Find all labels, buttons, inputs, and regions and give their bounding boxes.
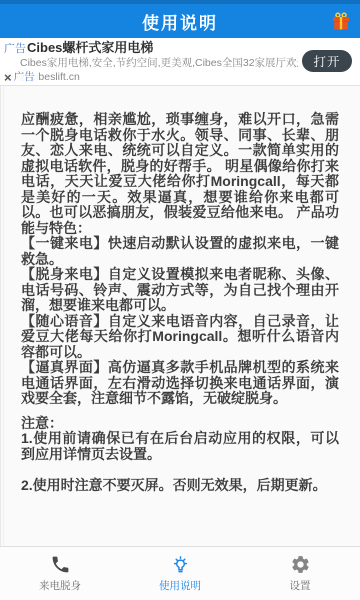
feature-realistic-ui: 【逼真界面】高仿逼真多款手机品牌机型的系统来电通话界面，左右滑动选择切换来电通话… [21, 360, 339, 407]
close-icon[interactable]: × [4, 71, 12, 84]
instructions-content[interactable]: 应酬疲惫，相亲尴尬，琐事缠身，难以开口，急需一个脱身电话救你于水火。领导、同事、… [0, 86, 360, 546]
app-screen: 使用说明 广告 Cibes螺杆式家用电梯 Cibes家用电梯,安全,节约空间,更… [0, 0, 360, 600]
tab-instructions[interactable]: 使用说明 [120, 547, 240, 600]
tab-label: 来电脱身 [39, 578, 81, 593]
page-title: 使用说明 [142, 9, 218, 34]
note-title: 注意： [21, 416, 339, 432]
phone-icon [50, 554, 71, 575]
tab-bar: 来电脱身 使用说明 设置 [0, 546, 360, 600]
feature-escape-call: 【脱身来电】自定义设置模拟来电者昵称、头像、电话号码、铃声、震动方式等，为自己找… [21, 267, 339, 314]
tab-settings[interactable]: 设置 [240, 547, 360, 600]
header-row: 使用说明 [0, 4, 360, 38]
ad-label-small: 广告 [14, 71, 35, 84]
app-header: 使用说明 [0, 0, 360, 38]
feature-custom-voice: 【随心语音】自定义来电语音内容，自己录音，让爱豆大佬每天给你打Moringcal… [21, 314, 339, 361]
ad-url-row: 参观! cibeslift.cn × 广告 [4, 71, 298, 84]
note-item: 2.使用时注意不要灭屏。否则无效果，后期更新。 [21, 478, 339, 494]
ad-title[interactable]: Cibes螺杆式家用电梯 [27, 40, 153, 55]
ad-label: 广告 [4, 42, 26, 57]
ad-banner[interactable]: 广告 Cibes螺杆式家用电梯 Cibes家用电梯,安全,节约空间,更美观,Ci… [0, 38, 360, 86]
lightbulb-icon [170, 554, 191, 575]
gift-icon[interactable] [330, 10, 352, 32]
gear-icon [290, 554, 311, 575]
ad-description: Cibes家用电梯,安全,节约空间,更美观,Cibes全国32家展厅欢迎免费 [4, 57, 298, 70]
feature-one-key-call: 【一键来电】快速启动默认设置的虚拟来电，一键救急。 [21, 236, 339, 267]
note-item: 1.使用前请确保已有在后台启动应用的权限，可以到应用详情页去设置。 [21, 431, 339, 462]
ad-open-button[interactable]: 打开 [302, 50, 352, 72]
ad-title-row: 广告 Cibes螺杆式家用电梯 [4, 40, 298, 57]
tab-label: 设置 [290, 578, 311, 593]
ad-close-button[interactable]: × 广告 [4, 71, 38, 84]
tab-incoming-call-escape[interactable]: 来电脱身 [0, 547, 120, 600]
tab-label: 使用说明 [159, 578, 201, 593]
intro-paragraph: 应酬疲惫，相亲尴尬，琐事缠身，难以开口，急需一个脱身电话救你于水火。领导、同事、… [21, 112, 339, 236]
